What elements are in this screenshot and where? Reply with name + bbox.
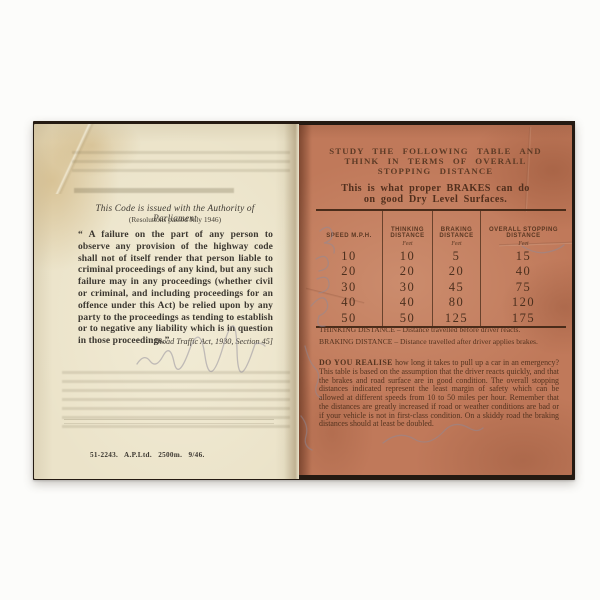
table-cell: 30 — [383, 280, 432, 295]
table-cell: 45 — [433, 280, 480, 295]
column-unit: Feet — [383, 240, 432, 249]
table-column-braking: BRAKING DISTANCE Feet 5 20 45 80 125 — [432, 211, 480, 326]
table-cell: 20 — [383, 264, 432, 279]
column-header: OVERALL STOPPING DISTANCE — [481, 211, 566, 240]
open-booklet: This Code is issued with the Authority o… — [33, 121, 575, 480]
table-cell: 40 — [481, 264, 566, 279]
table-cell: 15 — [481, 249, 566, 264]
table-cell: 50 — [383, 311, 432, 326]
do-you-realise-paragraph: DO YOU REALISE how long it takes to pull… — [319, 359, 559, 429]
subheading-line: This is what proper BRAKES can do — [313, 183, 558, 194]
table-cell: 20 — [316, 264, 382, 279]
showthrough-rule — [64, 419, 274, 424]
table-cell: 75 — [481, 280, 566, 295]
showthrough-heading — [74, 188, 234, 196]
table-cell: 40 — [383, 295, 432, 310]
stopping-distance-table: SPEED M.P.H. 10 20 30 40 50 THINKING DIS… — [316, 209, 566, 328]
column-unit: Feet — [433, 240, 480, 249]
subheading-line: on good Dry Level Surfaces. — [313, 194, 558, 205]
table-cell: 10 — [383, 249, 432, 264]
spine-shadow — [299, 125, 311, 475]
table-cell: 120 — [481, 295, 566, 310]
left-page: This Code is issued with the Authority o… — [34, 124, 299, 479]
citation: [Road Traffic Act, 1930, Section 45] — [78, 337, 273, 346]
page-heading: STUDY THE FOLLOWING TABLE AND THINK IN T… — [313, 147, 558, 177]
showthrough-text — [72, 151, 290, 178]
table-column-overall: OVERALL STOPPING DISTANCE Feet 15 40 75 … — [480, 211, 566, 326]
braking-distance-definition: BRAKING DISTANCE – Distance travelled af… — [319, 338, 557, 346]
page-subheading: This is what proper BRAKES can do on goo… — [313, 183, 558, 205]
heading-line: STOPPING DISTANCE — [313, 167, 558, 177]
paragraph-lead: DO YOU REALISE — [319, 358, 393, 367]
distance-definitions: THINKING DISTANCE – Distance travelled b… — [319, 326, 557, 350]
thinking-distance-definition: THINKING DISTANCE – Distance travelled b… — [319, 326, 557, 334]
booklet-photo: This Code is issued with the Authority o… — [0, 0, 600, 600]
column-header: SPEED M.P.H. — [316, 211, 382, 240]
table-cell: 40 — [316, 295, 382, 310]
printer-imprint: 51-2243. A.P.Ltd. 2500m. 9/46. — [90, 451, 205, 459]
table-cell: 20 — [433, 264, 480, 279]
table-cell: 80 — [433, 295, 480, 310]
road-traffic-act-quote: “ A failure on the part of any person to… — [78, 230, 273, 348]
table-cell: 10 — [316, 249, 382, 264]
table-cell: 30 — [316, 280, 382, 295]
column-header: BRAKING DISTANCE — [433, 211, 480, 240]
table-column-thinking: THINKING DISTANCE Feet 10 20 30 40 50 — [382, 211, 432, 326]
resolutions-line: (Resolutions passed July 1946) — [74, 215, 276, 224]
table-cell: 175 — [481, 311, 566, 326]
table-cell: 50 — [316, 311, 382, 326]
right-page: STUDY THE FOLLOWING TABLE AND THINK IN T… — [299, 125, 572, 475]
table-column-speed: SPEED M.P.H. 10 20 30 40 50 — [316, 211, 382, 326]
table-cell: 125 — [433, 311, 480, 326]
column-unit: Feet — [481, 240, 566, 249]
table-cell: 5 — [433, 249, 480, 264]
paragraph-body: how long it takes to pull up a car in an… — [319, 358, 559, 428]
column-header: THINKING DISTANCE — [383, 211, 432, 240]
column-unit — [316, 240, 382, 249]
